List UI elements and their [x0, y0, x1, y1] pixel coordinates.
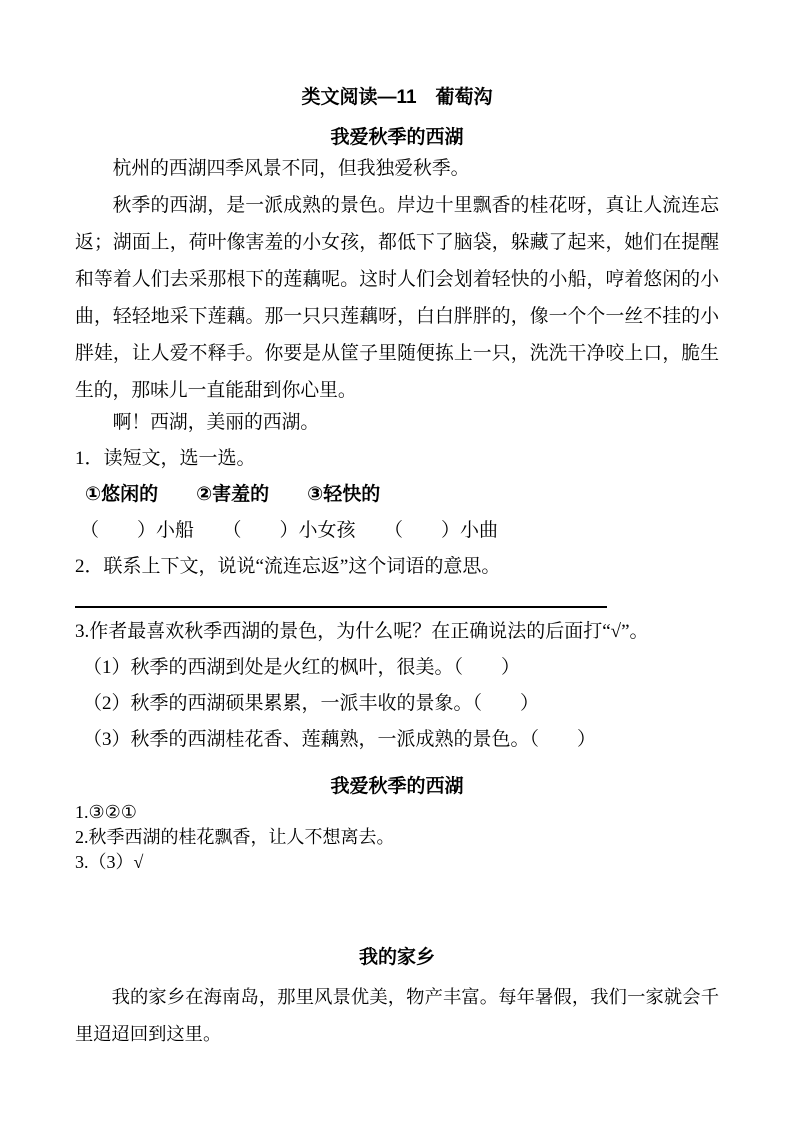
question-1-options: ①悠闲的 ②害羞的 ③轻快的 — [75, 477, 719, 513]
question-3-option-1: （1）秋季的西湖到处是火红的枫叶，很美。（ ） — [75, 650, 719, 686]
document-title: 类文阅读—11 葡萄沟 — [75, 88, 719, 107]
answer-item-2: 2.秋季西湖的桂花飘香，让人不想离去。 — [75, 825, 719, 850]
question-1-answer-blanks: （ ）小船 （ ）小女孩 （ ）小曲 — [75, 513, 719, 549]
section2-paragraph-1: 我的家乡在海南岛，那里风景优美，物产丰富。每年暑假，我们一家就会千里迢迢回到这里… — [75, 979, 719, 1053]
question-3-label: 3.作者最喜欢秋季西湖的景色，为什么呢？在正确说法的后面打“√”。 — [75, 614, 719, 650]
answer-item-3: 3.（3）√ — [75, 850, 719, 875]
section1-paragraph-1: 杭州的西湖四季风景不同，但我独爱秋季。 — [75, 150, 719, 187]
question-2-label: 2．联系上下文，说说“流连忘返”这个词语的意思。 — [75, 549, 719, 585]
question-3-option-2: （2）秋季的西湖硕果累累，一派丰收的景象。（ ） — [75, 686, 719, 722]
answer-writing-line — [75, 606, 607, 608]
question-3-option-3: （3）秋季的西湖桂花香、莲藕熟，一派成熟的景色。（ ） — [75, 722, 719, 758]
section2-title: 我的家乡 — [75, 945, 719, 971]
section1-paragraph-3: 啊！西湖，美丽的西湖。 — [75, 405, 719, 441]
section1-title: 我爱秋季的西湖 — [75, 128, 719, 148]
worksheet-page: 类文阅读—11 葡萄沟 我爱秋季的西湖 杭州的西湖四季风景不同，但我独爱秋季。 … — [0, 0, 794, 1123]
question-1-label: 1．读短文，选一选。 — [75, 441, 719, 477]
answer-item-1: 1.③②① — [75, 800, 719, 825]
section1-paragraph-2: 秋季的西湖，是一派成熟的景色。岸边十里飘香的桂花呀，真让人流连忘返；湖面上，荷叶… — [75, 187, 719, 409]
answers-title: 我爱秋季的西湖 — [75, 774, 719, 800]
